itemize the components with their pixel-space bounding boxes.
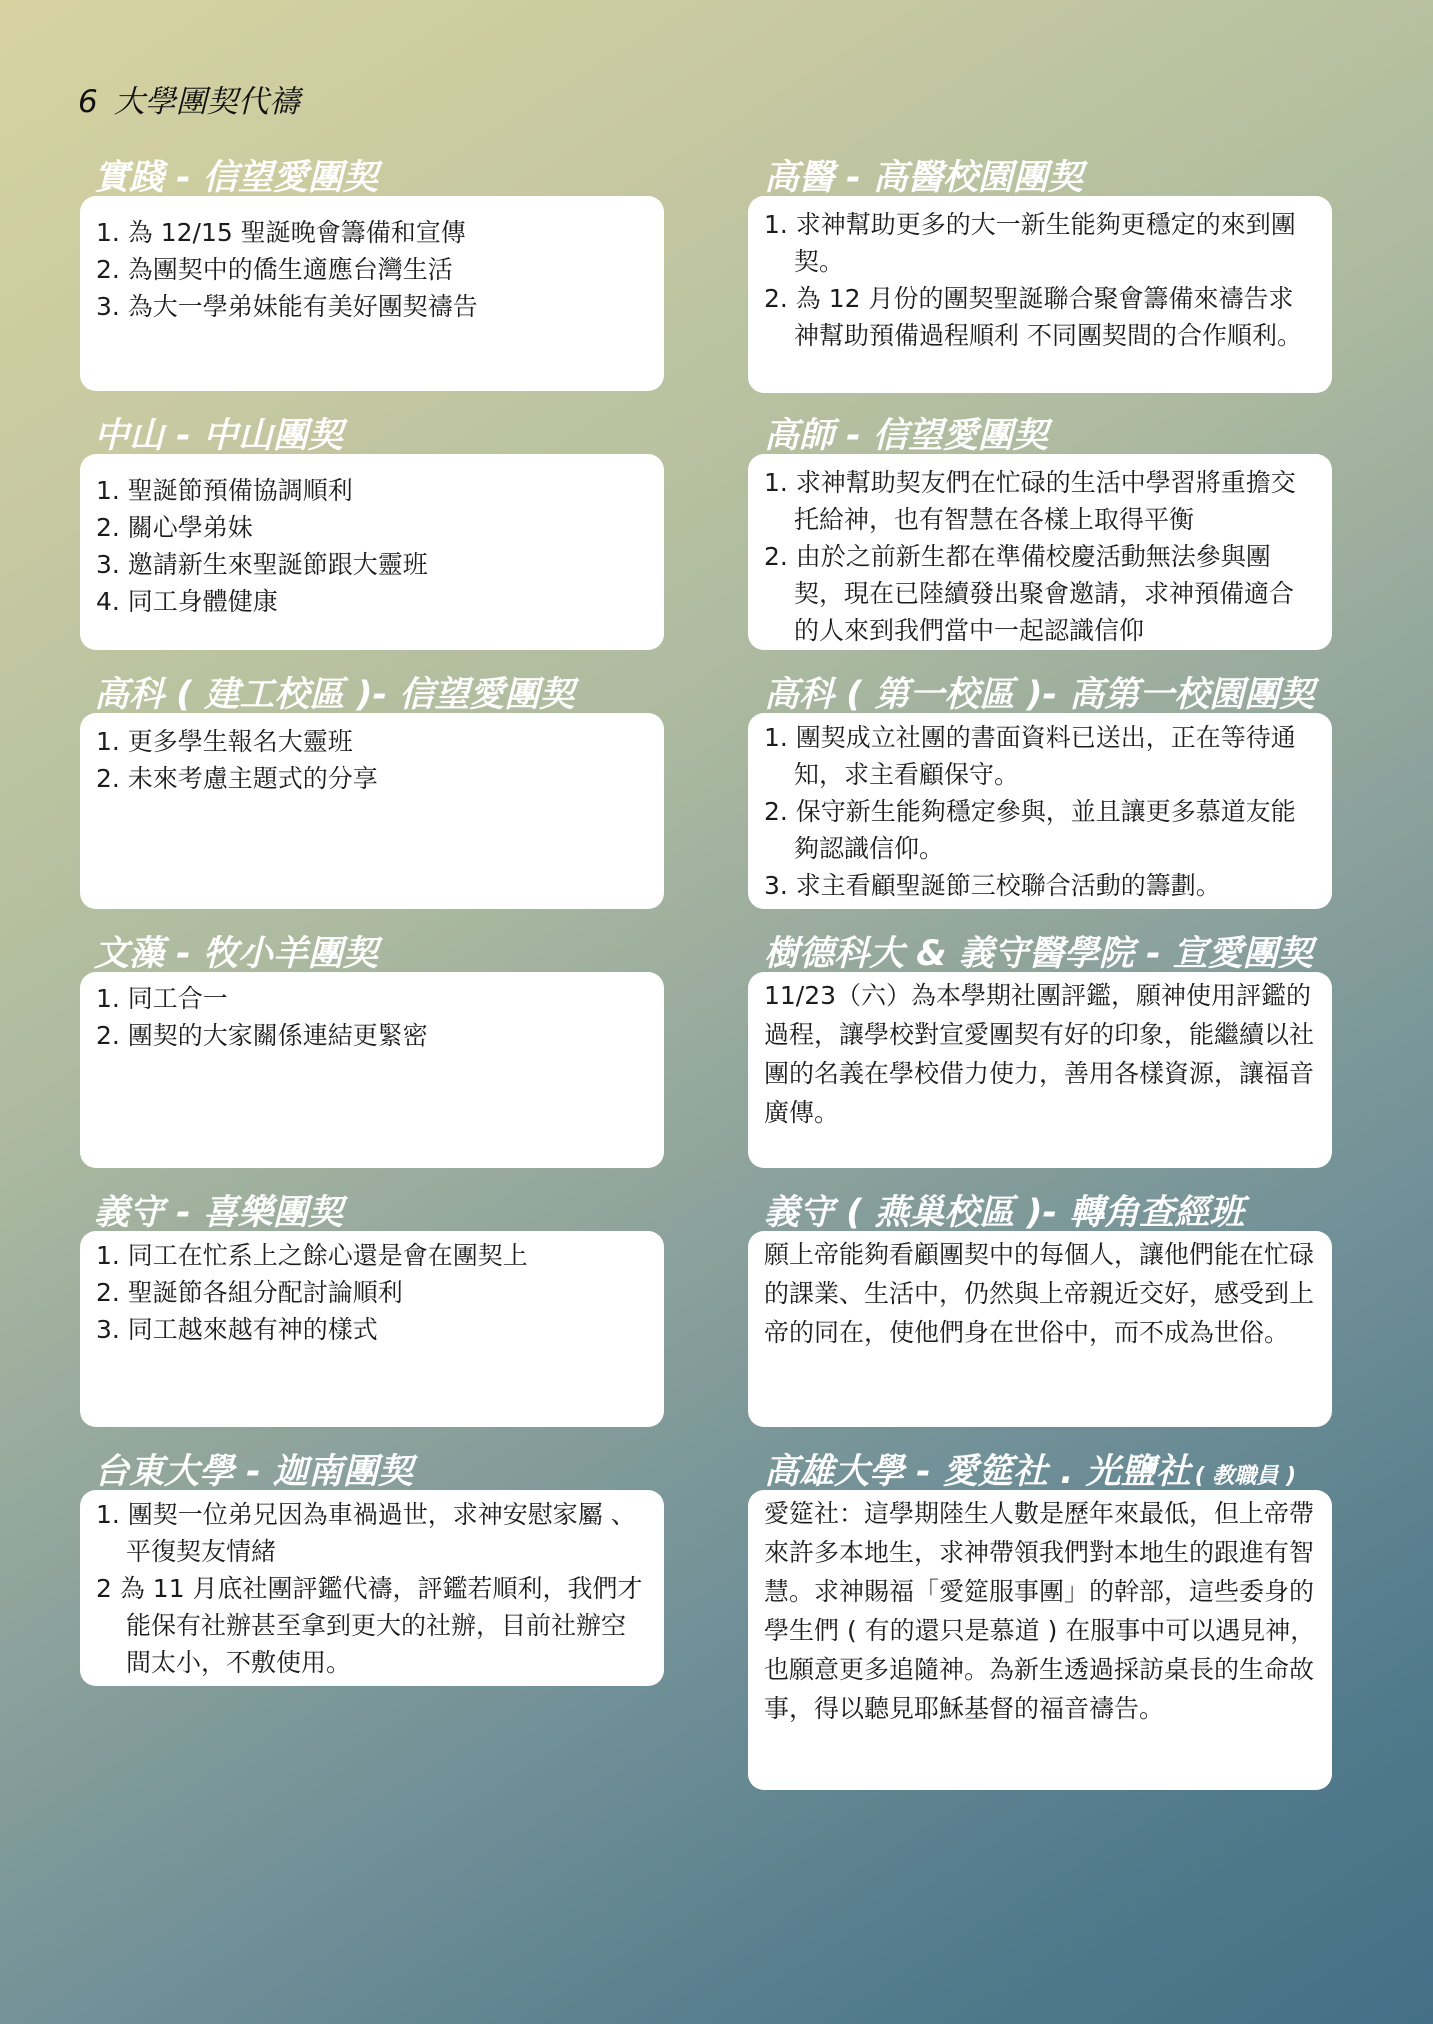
prayer-box: 1. 同工合一 2. 團契的大家關係連結更緊密 [80,972,664,1168]
prayer-box: 1. 同工在忙系上之餘心還是會在團契上 2. 聖誕節各組分配討論順利 3. 同工… [80,1231,664,1427]
prayer-box: 1. 為 12/15 聖誕晚會籌備和宣傳 2. 為團契中的僑生適應台灣生活 3.… [80,196,664,391]
prayer-item: 1. 求神幫助更多的大一新生能夠更穩定的來到團契。 [764,206,1316,280]
prayer-paragraph: 愛筵社：這學期陸生人數是歷年來最低，但上帝帶來許多本地生，求神帶領我們對本地生的… [764,1494,1316,1728]
prayer-box: 1. 求神幫助更多的大一新生能夠更穩定的來到團契。 2. 為 12 月份的團契聖… [748,196,1332,393]
section-heading: 義守 - 喜樂團契 [94,1193,343,1233]
prayer-box: 11/23（六）為本學期社團評鑑，願神使用評鑑的過程，讓學校對宣愛團契有好的印象… [748,972,1332,1168]
prayer-box: 1. 團契成立社團的書面資料已送出，正在等待通知，求主看顧保守。 2. 保守新生… [748,713,1332,909]
page-title-text: 大學團契代禱 [114,84,300,120]
prayer-paragraph: 11/23（六）為本學期社團評鑑，願神使用評鑑的過程，讓學校對宣愛團契有好的印象… [764,976,1316,1132]
prayer-box: 1. 聖誕節預備協調順利 2. 關心學弟妹 3. 邀請新生來聖誕節跟大靈班 4.… [80,454,664,650]
prayer-item: 2. 保守新生能夠穩定參與，並且讓更多慕道友能夠認識信仰。 [764,793,1316,867]
prayer-item: 1. 團契成立社團的書面資料已送出，正在等待通知，求主看顧保守。 [764,719,1316,793]
prayer-item: 2. 聖誕節各組分配討論順利 [96,1274,648,1311]
prayer-item: 2. 未來考慮主題式的分享 [96,760,648,797]
section-heading: 義守 ( 燕巢校區 )- 轉角查經班 [764,1193,1244,1233]
section-heading: 台東大學 - 迦南團契 [94,1452,413,1492]
prayer-item: 1. 為 12/15 聖誕晚會籌備和宣傳 [96,214,648,251]
prayer-item: 2. 關心學弟妹 [96,509,648,546]
page-number: 6 [78,84,98,120]
section-heading-text: 高雄大學 - 愛筵社 . 光鹽社 [764,1452,1191,1492]
prayer-item: 3. 求主看顧聖誕節三校聯合活動的籌劃。 [764,867,1316,904]
prayer-item: 2. 為 12 月份的團契聖誕聯合聚會籌備來禱告求神幫助預備過程順利 不同團契間… [764,280,1316,354]
section-heading: 樹德科大 & 義守醫學院 - 宣愛團契 [764,934,1313,974]
prayer-item: 1. 更多學生報名大靈班 [96,723,648,760]
section-heading: 文藻 - 牧小羊團契 [94,934,378,974]
prayer-item: 1. 求神幫助契友們在忙碌的生活中學習將重擔交托給神，也有智慧在各樣上取得平衡 [764,464,1316,538]
prayer-item: 2. 團契的大家關係連結更緊密 [96,1017,648,1054]
prayer-item: 3. 邀請新生來聖誕節跟大靈班 [96,546,648,583]
prayer-item: 3. 同工越來越有神的樣式 [96,1311,648,1348]
section-heading: 高科 ( 建工校區 )- 信望愛團契 [94,675,574,715]
section-heading-suffix: ( 教職員 ) [1195,1464,1296,1489]
prayer-box: 1. 團契一位弟兄因為車禍過世，求神安慰家屬 、平復契友情緒 2 為 11 月底… [80,1490,664,1686]
section-heading: 高師 - 信望愛團契 [764,416,1048,456]
section-heading: 實踐 - 信望愛團契 [94,158,378,198]
prayer-box: 願上帝能夠看顧團契中的每個人，讓他們能在忙碌的課業、生活中，仍然與上帝親近交好，… [748,1231,1332,1427]
prayer-item: 1. 團契一位弟兄因為車禍過世，求神安慰家屬 、平復契友情緒 [96,1496,648,1570]
prayer-item: 1. 同工在忙系上之餘心還是會在團契上 [96,1237,648,1274]
prayer-item: 2 為 11 月底社團評鑑代禱，評鑑若順利，我們才能保有社辦甚至拿到更大的社辦，… [96,1570,648,1681]
prayer-box: 1. 求神幫助契友們在忙碌的生活中學習將重擔交托給神，也有智慧在各樣上取得平衡 … [748,454,1332,650]
prayer-item: 1. 同工合一 [96,980,648,1017]
section-heading: 中山 - 中山團契 [94,416,343,456]
prayer-item: 4. 同工身體健康 [96,583,648,620]
prayer-box: 愛筵社：這學期陸生人數是歷年來最低，但上帝帶來許多本地生，求神帶領我們對本地生的… [748,1490,1332,1790]
page-title: 6大學團契代禱 [78,76,300,121]
section-heading: 高醫 - 高醫校園團契 [764,158,1083,198]
prayer-item: 1. 聖誕節預備協調順利 [96,472,648,509]
prayer-item: 3. 為大一學弟妹能有美好團契禱告 [96,288,648,325]
section-heading: 高科 ( 第一校區 )- 高第一校園團契 [764,675,1314,715]
prayer-box: 1. 更多學生報名大靈班 2. 未來考慮主題式的分享 [80,713,664,909]
prayer-item: 2. 由於之前新生都在準備校慶活動無法參與團契，現在已陸續發出聚會邀請，求神預備… [764,538,1316,649]
prayer-item: 2. 為團契中的僑生適應台灣生活 [96,251,648,288]
prayer-paragraph: 願上帝能夠看顧團契中的每個人，讓他們能在忙碌的課業、生活中，仍然與上帝親近交好，… [764,1235,1316,1352]
